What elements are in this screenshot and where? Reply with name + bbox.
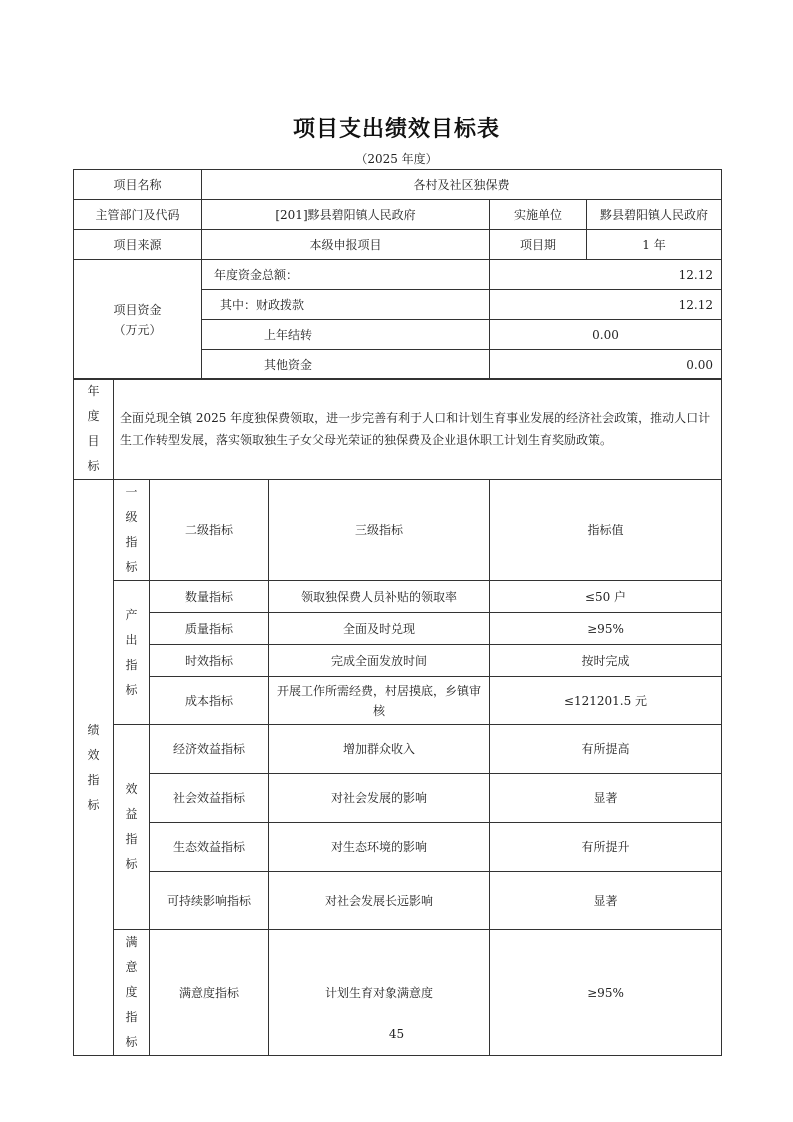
header-level3: 三级指标 — [269, 480, 490, 581]
table-row: 质量指标 全面及时兑现 ≥95% — [74, 613, 722, 645]
value-cell: 有所提升 — [490, 823, 722, 872]
header-char: 级 — [114, 505, 149, 530]
level3-cell: 对社会发展长远影响 — [269, 872, 490, 930]
project-info-table: 项目名称 各村及社区独保费 主管部门及代码 [201]黟县碧阳镇人民政府 实施单… — [73, 169, 722, 380]
value-cell: ≥95% — [490, 613, 722, 645]
impl-label: 实施单位 — [490, 200, 587, 230]
source-value: 本级申报项目 — [202, 230, 490, 260]
group-benefit-label: 效 益 指 标 — [114, 725, 150, 930]
fund-carryover-label: 上年结转 — [202, 320, 490, 350]
level3-cell: 完成全面发放时间 — [269, 645, 490, 677]
level3-cell: 全面及时兑现 — [269, 613, 490, 645]
header-char: 标 — [114, 555, 149, 580]
group-char: 度 — [114, 980, 149, 1005]
group-char: 出 — [114, 628, 149, 653]
value-cell: 显著 — [490, 774, 722, 823]
funds-label-line1: 项目资金 — [78, 300, 197, 320]
value-cell: ≤121201.5 元 — [490, 677, 722, 725]
level2-cell: 成本指标 — [150, 677, 269, 725]
performance-table: 年 度 目 标 全面兑现全镇 2025 年度独保费领取，进一步完善有利于人口和计… — [73, 378, 722, 1056]
level3-cell: 增加群众收入 — [269, 725, 490, 774]
section-label-char: 绩 — [74, 718, 113, 743]
level2-cell: 数量指标 — [150, 581, 269, 613]
dept-value: [201]黟县碧阳镇人民政府 — [202, 200, 490, 230]
level2-cell: 社会效益指标 — [150, 774, 269, 823]
funds-label-line2: （万元） — [78, 320, 197, 340]
fund-fiscal-value: 12.12 — [490, 290, 722, 320]
header-char: 指 — [114, 530, 149, 555]
fund-carryover-value: 0.00 — [490, 320, 722, 350]
page-title: 项目支出绩效目标表 — [0, 112, 793, 143]
table-row: 生态效益指标 对生态环境的影响 有所提升 — [74, 823, 722, 872]
table-row: 产 出 指 标 数量指标 领取独保费人员补贴的领取率 ≤50 户 — [74, 581, 722, 613]
year-subtitle: （2025 年度） — [0, 150, 793, 167]
table-row: 社会效益指标 对社会发展的影响 显著 — [74, 774, 722, 823]
header-value: 指标值 — [490, 480, 722, 581]
annual-goal-text: 全面兑现全镇 2025 年度独保费领取，进一步完善有利于人口和计划生育事业发展的… — [114, 379, 722, 480]
header-level1: 一 级 指 标 — [114, 480, 150, 581]
page-number: 45 — [0, 1027, 793, 1041]
value-cell: 按时完成 — [490, 645, 722, 677]
fund-other-label: 其他资金 — [202, 350, 490, 380]
funds-label: 项目资金 （万元） — [74, 260, 202, 380]
goal-label-char: 目 — [74, 429, 113, 454]
table-row: 可持续影响指标 对社会发展长远影响 显著 — [74, 872, 722, 930]
group-char: 益 — [114, 802, 149, 827]
impl-value: 黟县碧阳镇人民政府 — [587, 200, 722, 230]
level3-cell: 领取独保费人员补贴的领取率 — [269, 581, 490, 613]
group-output-label: 产 出 指 标 — [114, 581, 150, 725]
fund-total-value: 12.12 — [490, 260, 722, 290]
source-label: 项目来源 — [74, 230, 202, 260]
period-value: 1 年 — [587, 230, 722, 260]
section-label-char: 指 — [74, 768, 113, 793]
level3-cell: 对社会发展的影响 — [269, 774, 490, 823]
header-level2: 二级指标 — [150, 480, 269, 581]
table-row: 时效指标 完成全面发放时间 按时完成 — [74, 645, 722, 677]
fund-fiscal-label: 其中：财政拨款 — [202, 290, 490, 320]
group-char: 满 — [114, 930, 149, 955]
level2-cell: 经济效益指标 — [150, 725, 269, 774]
performance-section-label: 绩 效 指 标 — [74, 480, 114, 1056]
table-row: 效 益 指 标 经济效益指标 增加群众收入 有所提高 — [74, 725, 722, 774]
period-label: 项目期 — [490, 230, 587, 260]
group-char: 产 — [114, 603, 149, 628]
fund-total-label: 年度资金总额： — [202, 260, 490, 290]
table-row: 成本指标 开展工作所需经费，村居摸底，乡镇审核 ≤121201.5 元 — [74, 677, 722, 725]
header-char: 一 — [114, 480, 149, 505]
project-name-label: 项目名称 — [74, 170, 202, 200]
group-char: 指 — [114, 827, 149, 852]
level3-cell: 开展工作所需经费，村居摸底，乡镇审核 — [269, 677, 490, 725]
dept-label: 主管部门及代码 — [74, 200, 202, 230]
group-char: 指 — [114, 653, 149, 678]
group-char: 效 — [114, 777, 149, 802]
value-cell: 显著 — [490, 872, 722, 930]
level2-cell: 质量指标 — [150, 613, 269, 645]
level2-cell: 可持续影响指标 — [150, 872, 269, 930]
goal-label-char: 标 — [74, 454, 113, 479]
annual-goal-label: 年 度 目 标 — [74, 379, 114, 480]
group-char: 标 — [114, 678, 149, 703]
goal-label-char: 年 — [74, 379, 113, 404]
level2-cell: 时效指标 — [150, 645, 269, 677]
fund-other-value: 0.00 — [490, 350, 722, 380]
value-cell: 有所提高 — [490, 725, 722, 774]
value-cell: ≤50 户 — [490, 581, 722, 613]
section-label-char: 效 — [74, 743, 113, 768]
project-name-value: 各村及社区独保费 — [202, 170, 722, 200]
section-label-char: 标 — [74, 793, 113, 818]
goal-label-char: 度 — [74, 404, 113, 429]
level3-cell: 对生态环境的影响 — [269, 823, 490, 872]
level2-cell: 生态效益指标 — [150, 823, 269, 872]
group-char: 意 — [114, 955, 149, 980]
group-char: 标 — [114, 852, 149, 877]
